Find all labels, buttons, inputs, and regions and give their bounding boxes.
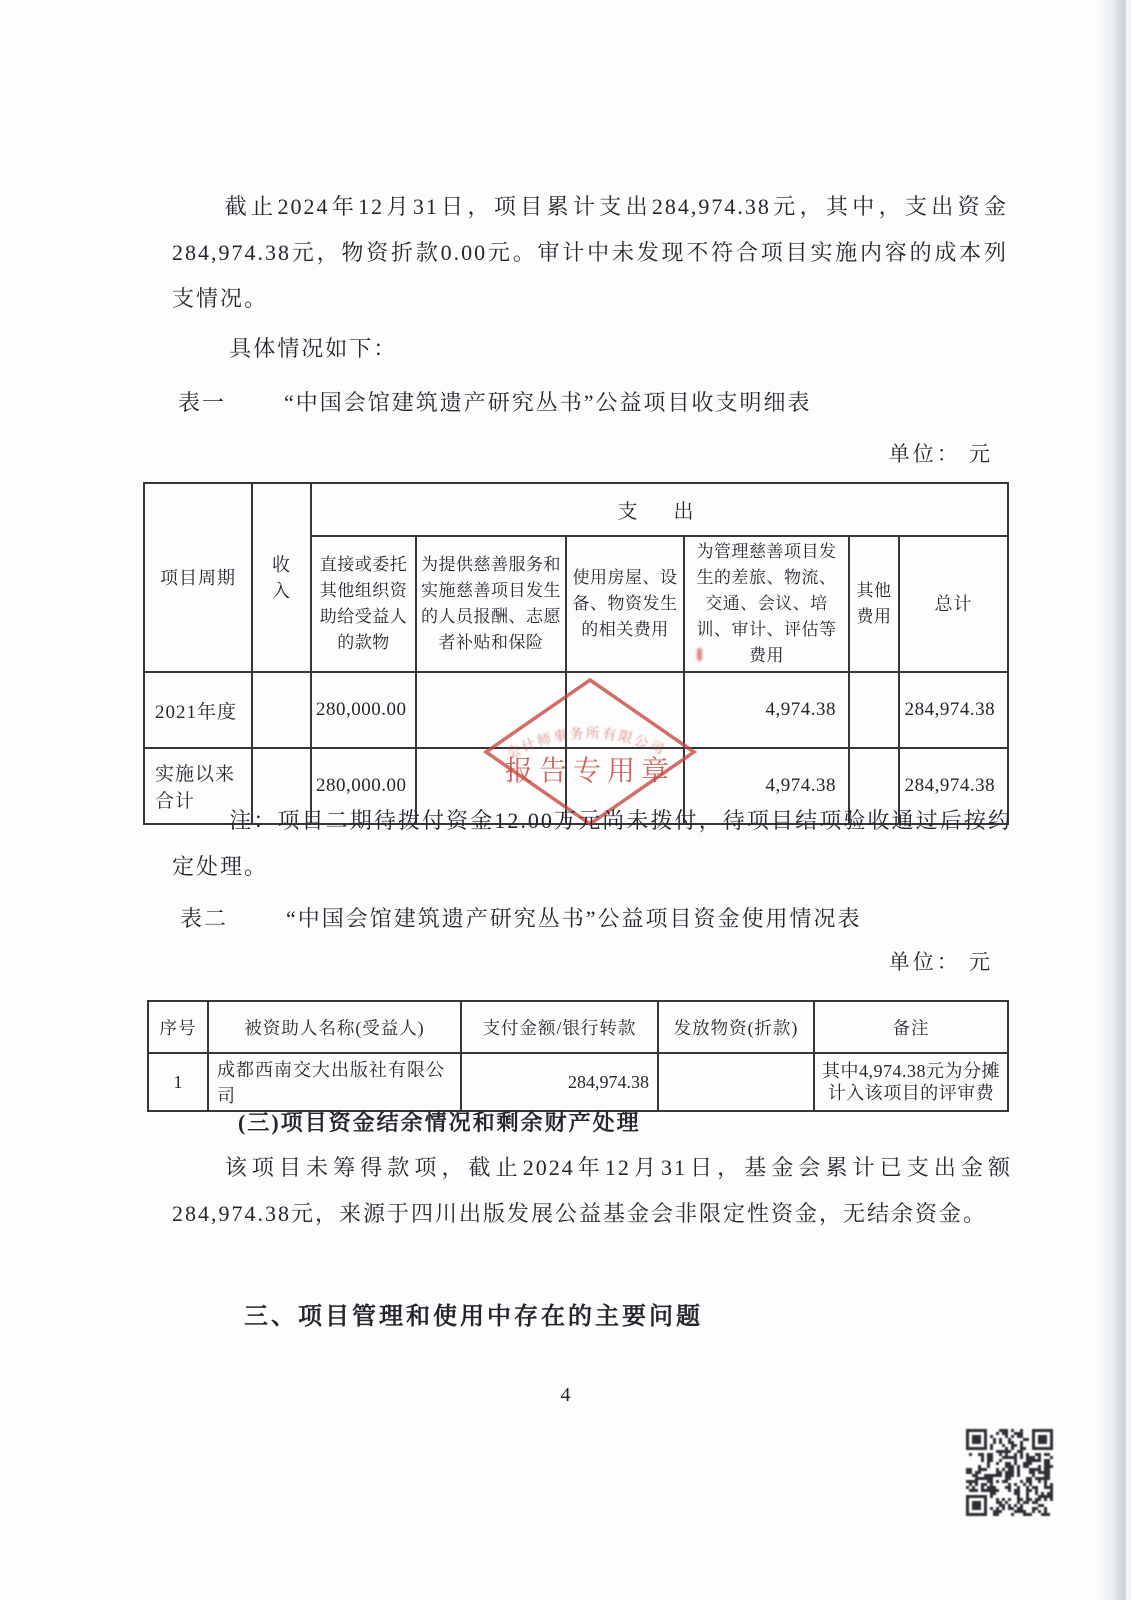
table1-caption-label: 表一 bbox=[178, 386, 226, 417]
t1-header-direct: 直接或委托其他组织资助给受益人的款物 bbox=[311, 536, 416, 672]
t1-row1-period: 2021年度 bbox=[144, 672, 252, 748]
table1-caption-title: “中国会馆建筑遗产研究丛书”公益项目收支明细表 bbox=[284, 386, 812, 417]
t1-header-service: 为提供慈善服务和实施慈善项目发生的人员报酬、志愿者补贴和保险 bbox=[416, 536, 566, 672]
stamp-ink-speck bbox=[697, 648, 702, 661]
balance-paragraph: 该项目未筹得款项，截止2024年12月31日，基金会累计已支出金额284,974… bbox=[172, 1145, 1012, 1237]
t2-row1-amount: 284,974.38 bbox=[461, 1053, 658, 1111]
t1-header-expense-group: 支 出 bbox=[311, 483, 1008, 536]
table2-unit-label: 单位： 元 bbox=[889, 946, 993, 976]
t1-row1-other bbox=[849, 672, 899, 748]
scanned-document-page: 截止2024年12月31日，项目累计支出284,974.38元，其中，支出资金2… bbox=[0, 0, 1131, 1600]
t2-header-goods: 发放物资(折款) bbox=[658, 1001, 814, 1053]
summary-paragraph: 截止2024年12月31日，项目累计支出284,974.38元，其中，支出资金2… bbox=[172, 184, 1008, 322]
details-intro-line: 具体情况如下： bbox=[172, 326, 1008, 372]
t2-header-amount: 支付金额/银行转款 bbox=[461, 1001, 658, 1053]
qr-code bbox=[965, 1428, 1055, 1518]
t1-row1-income bbox=[252, 672, 311, 748]
stamp-main-text: 报告专用章 bbox=[505, 755, 675, 787]
fund-usage-table: 序号 被资助人名称(受益人) 支付金额/银行转款 发放物资(折款) 备注 1 成… bbox=[147, 1000, 1009, 1112]
table1-unit-label: 单位： 元 bbox=[889, 438, 993, 468]
t2-header-no: 序号 bbox=[148, 1001, 208, 1053]
table2-caption-title: “中国会馆建筑遗产研究丛书”公益项目资金使用情况表 bbox=[286, 902, 862, 933]
t1-row1-direct: 280,000.00 bbox=[311, 672, 416, 748]
t2-header-name: 被资助人名称(受益人) bbox=[208, 1001, 461, 1053]
page-number: 4 bbox=[0, 1384, 1131, 1407]
t1-header-manage: 为管理慈善项目发生的差旅、物流、交通、会议、培训、审计、评估等费用 bbox=[684, 536, 849, 672]
t1-header-total: 总计 bbox=[899, 536, 1008, 672]
table2-caption: 表二 “中国会馆建筑遗产研究丛书”公益项目资金使用情况表 bbox=[180, 902, 862, 933]
table-row: 1 成都西南交大出版社有限公司 284,974.38 其中4,974.38元为分… bbox=[148, 1053, 1008, 1111]
t2-row1-remark: 其中4,974.38元为分摊 计入该项目的评审费 bbox=[814, 1053, 1008, 1111]
t1-header-period: 项目周期 bbox=[144, 483, 252, 672]
t1-header-other: 其他费用 bbox=[849, 536, 899, 672]
page-edge-shadow bbox=[1094, 0, 1126, 1600]
section3-main-heading: 三、项目管理和使用中存在的主要问题 bbox=[244, 1296, 703, 1331]
table1-note: 注：项目二期待拨付资金12.00万元尚未拨付，待项目结项验收通过后按约定处理。 bbox=[172, 798, 1012, 890]
section3-sub-heading: (三)项目资金结余情况和剩余财产处理 bbox=[238, 1106, 641, 1137]
t2-header-remark: 备注 bbox=[814, 1001, 1008, 1053]
t1-header-house: 使用房屋、设备、物资发生的相关费用 bbox=[566, 536, 684, 672]
t1-row1-total: 284,974.38 bbox=[899, 672, 1008, 748]
t2-row1-goods bbox=[658, 1053, 814, 1111]
table1-caption: 表一 “中国会馆建筑遗产研究丛书”公益项目收支明细表 bbox=[178, 386, 812, 417]
t2-row1-no: 1 bbox=[148, 1053, 208, 1111]
t2-row1-name: 成都西南交大出版社有限公司 bbox=[208, 1053, 461, 1111]
page-edge-strip bbox=[1126, 0, 1131, 1600]
t1-header-income: 收 入 bbox=[252, 483, 311, 672]
table2-caption-label: 表二 bbox=[180, 902, 228, 933]
